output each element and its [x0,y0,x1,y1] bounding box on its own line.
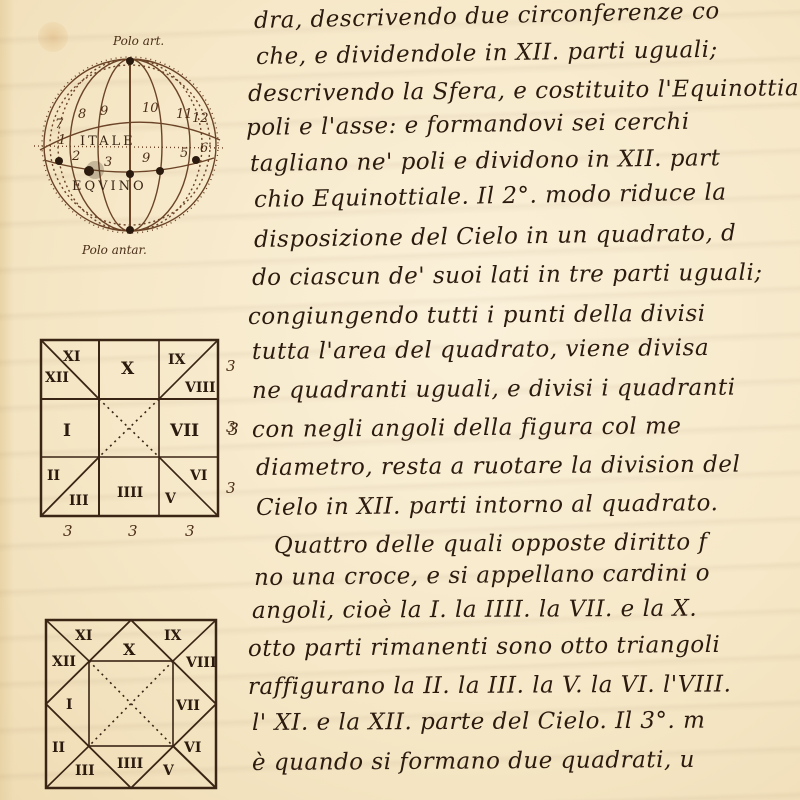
text-line: tagliano ne' poli e dividono in XII. par… [250,145,721,177]
house-label-xii: XII [52,654,76,670]
measure-mark: 3 [226,357,236,375]
house-label-xi: XI [63,349,80,365]
house-label-x: X [121,359,135,379]
house-label-ii: II [47,468,60,484]
page-binding-edge [0,0,14,800]
house-label-i: I [63,421,71,441]
house-label-xii: XII [45,370,69,386]
house-label-vi: VI [183,740,201,756]
sphere-number: 11 [176,107,193,122]
margin-mark: 3 [228,420,239,440]
house-label-iiii: IIII [117,485,143,501]
text-line: do ciascun de' suoi lati in tre parti ug… [252,260,763,291]
sphere-number: 10 [142,101,159,116]
text-line: che, e dividendole in XII. parti uguali; [256,37,718,70]
house-label-xi: XI [75,628,92,644]
sphere-number: 9 [142,151,150,166]
measure-mark: 3 [128,522,138,540]
house-label-vii: VII [175,698,200,714]
text-line: no una croce, e si appellano cardini o [254,560,710,591]
house-label-iiii: IIII [117,756,143,772]
text-line: tutta l'area del quadrato, viene divisa [252,335,709,365]
sphere-number: 9 [100,104,108,119]
house-label-x: X [123,640,136,659]
text-line: poli e l'asse: e formandovi sei cerchi [246,109,690,141]
paper-stain [38,22,68,52]
text-line: è quando si formano due quadrati, u [252,747,695,776]
text-line: raffigurano la II. la III. la V. la VI. … [248,671,732,700]
house-label-vii: VII [169,421,199,441]
square-horoscope-chart-1: XI XII X IX VIII I VII II III IIII VI V … [30,330,250,540]
text-line: disposizione del Cielo in un quadrato, d [254,220,737,253]
sphere-label-south-pole: Polo antar. [82,243,147,257]
text-line: Quattro delle quali opposte diritto f [274,529,708,559]
house-label-ii: II [52,740,65,756]
text-line: dra, descrivendo due circonferenze co [254,0,720,34]
house-label-viii: VIII [185,655,217,671]
manuscript-page: Polo art. Polo antar. 8 9 [0,0,800,800]
sphere-word-italy: ITALE [80,134,136,149]
sphere-label-north-pole: Polo art. [113,34,164,48]
text-line: chio Equinottiale. Il 2°. modo riduce la [254,180,727,213]
house-label-i: I [66,697,73,713]
sphere-number: 3 [104,155,112,170]
square-horoscope-chart-2: XI XII X IX VIII I VII II III IIII VI V [30,610,230,800]
sphere-number: 7 [55,117,64,132]
sphere-number: 5 [180,146,188,161]
text-line: l' XI. e la XII. parte del Cielo. Il 3°.… [252,708,706,736]
sphere-number: 12 [192,111,209,126]
house-label-vi: VI [189,468,207,484]
house-label-ix: IX [164,628,182,644]
sphere-number: 6 [200,141,208,156]
house-label-v: V [162,763,175,779]
text-line: otto parti rimanenti sono otto triangoli [248,632,721,662]
measure-mark: 3 [226,479,236,497]
house-label-viii: VIII [184,380,216,396]
measure-mark: 3 [63,522,73,540]
text-line: Cielo in XII. parti intorno al quadrato. [256,490,719,521]
text-line: angoli, cioè la I. la IIII. la VII. e la… [252,596,697,624]
sphere-number: 8 [78,107,86,122]
house-label-iii: III [75,763,95,779]
house-label-iii: III [69,493,89,509]
text-line: descrivendo la Sfera, e costituito l'Equ… [248,75,799,107]
house-label-v: V [164,491,177,507]
measure-mark: 3 [185,522,195,540]
sphere-word-equino: EQVINO [72,179,147,194]
text-line: diametro, resta a ruotare la division de… [256,452,740,481]
text-line: congiungendo tutti i punti della divisi [248,301,706,330]
house-label-ix: IX [168,352,186,368]
text-line: ne quadranti uguali, e divisi i quadrant… [252,375,736,404]
celestial-sphere-diagram: 8 9 10 11 12 7 5 6 2 3 9 1 ITALE EQVINO [30,50,230,240]
sphere-number: 2 [71,149,80,164]
text-line: con negli angoli della figura col me [252,413,682,443]
sphere-number: 1 [58,133,66,148]
